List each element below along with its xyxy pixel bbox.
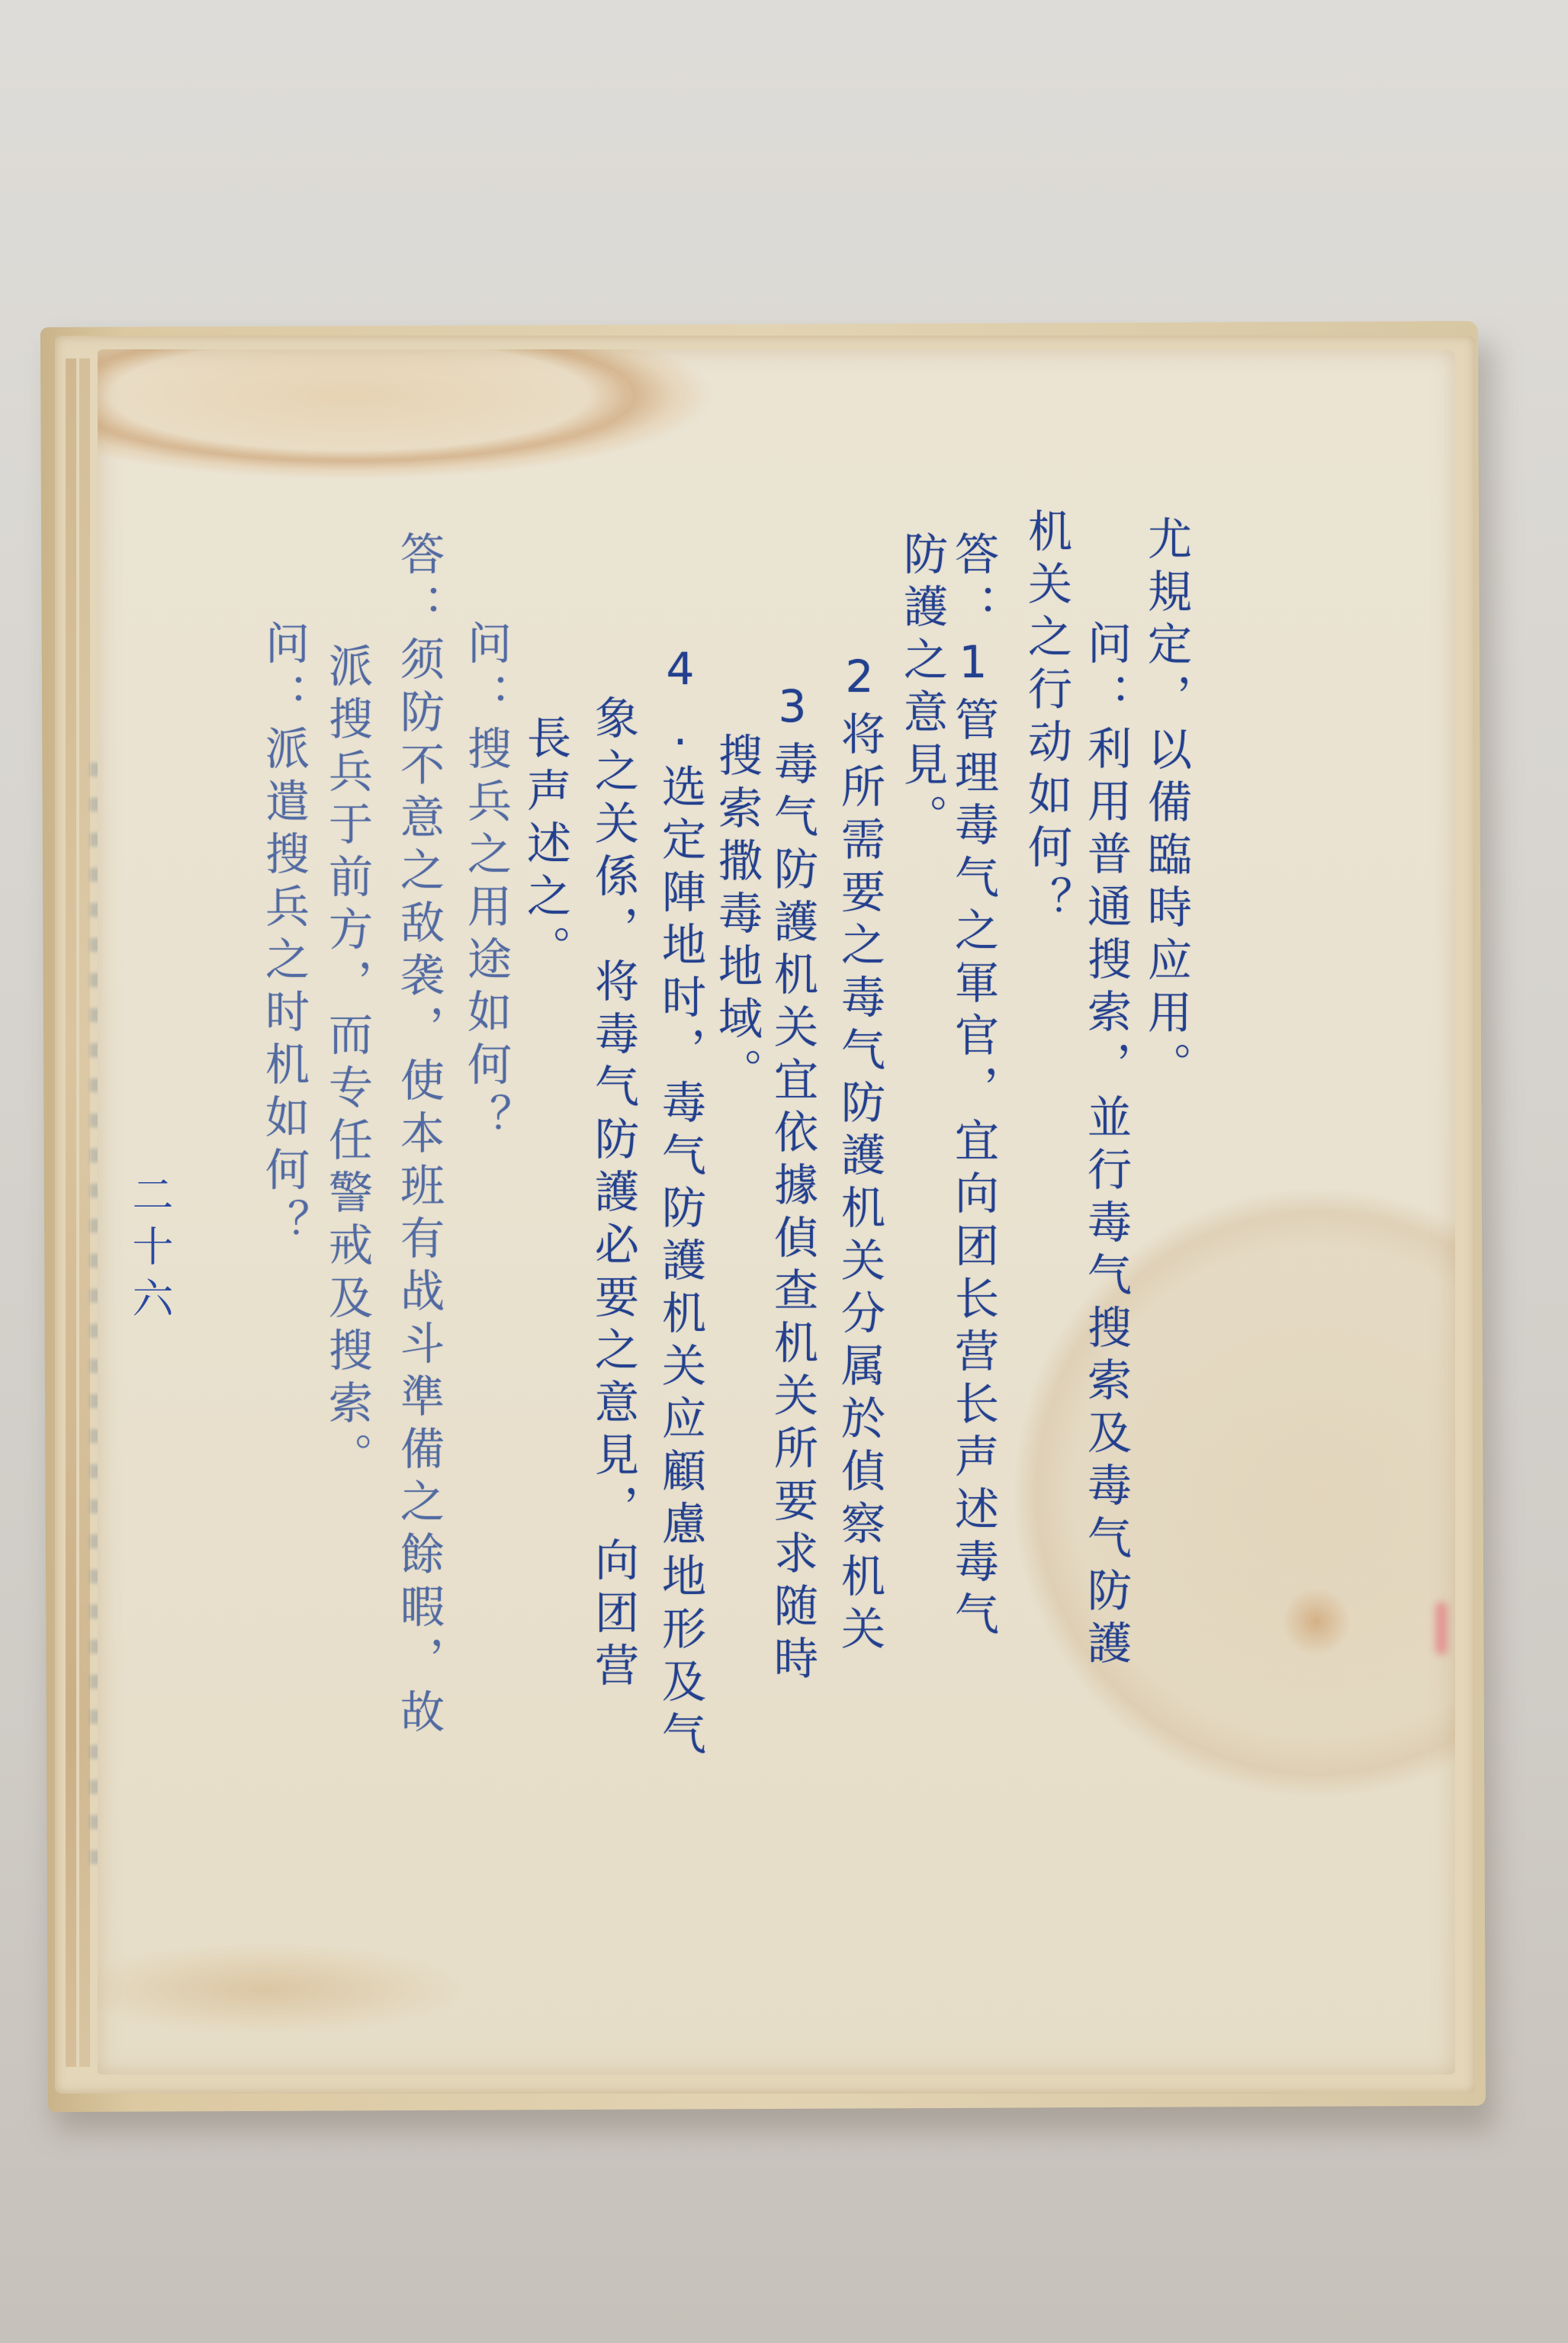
text-column-8: 搜索撒毒地域。 [715, 732, 759, 1101]
text-column-6: 2将所需要之毒气防護机关分属於偵察机关 [837, 651, 882, 1658]
text-column-12: 问：搜兵之用途如何？ [464, 620, 508, 1146]
text-column-11: 長声述之。 [523, 715, 567, 978]
page-edge [79, 358, 90, 2067]
text-column-5: 防護之意見。 [900, 531, 944, 847]
text-column-14: 派搜兵于前方，而专任警戒及搜索。 [325, 643, 369, 1485]
text-column-2: 问：利用普通搜索，並行毒气搜索及毒气防護 [1084, 620, 1128, 1673]
text-column-3: 机关之行动如何？ [1024, 508, 1068, 929]
text-column-9: 4.选定陣地时，毒气防護机关应顧慮地形及气 [658, 643, 702, 1763]
page-number: 二十六 [127, 1173, 172, 1329]
text-column-1: 尤規定，以備臨時应用。 [1144, 516, 1188, 1094]
text-column-4: 答：1管理毒气之軍官，宜向团长营长声述毒气 [951, 531, 995, 1644]
text-column-10: 象之关係，将毒气防護必要之意見，向团营 [591, 695, 635, 1695]
text-column-15: 问：派遣搜兵之时机如何？ [262, 620, 306, 1252]
ink-mark [1435, 1602, 1448, 1655]
text-column-13: 答：须防不意之敌袭，使本班有战斗準備之餘暇，故 [397, 531, 441, 1741]
page-edge [66, 358, 76, 2067]
text-column-7: 3毒气防護机关宜依據偵查机关所要求随時 [770, 680, 815, 1688]
